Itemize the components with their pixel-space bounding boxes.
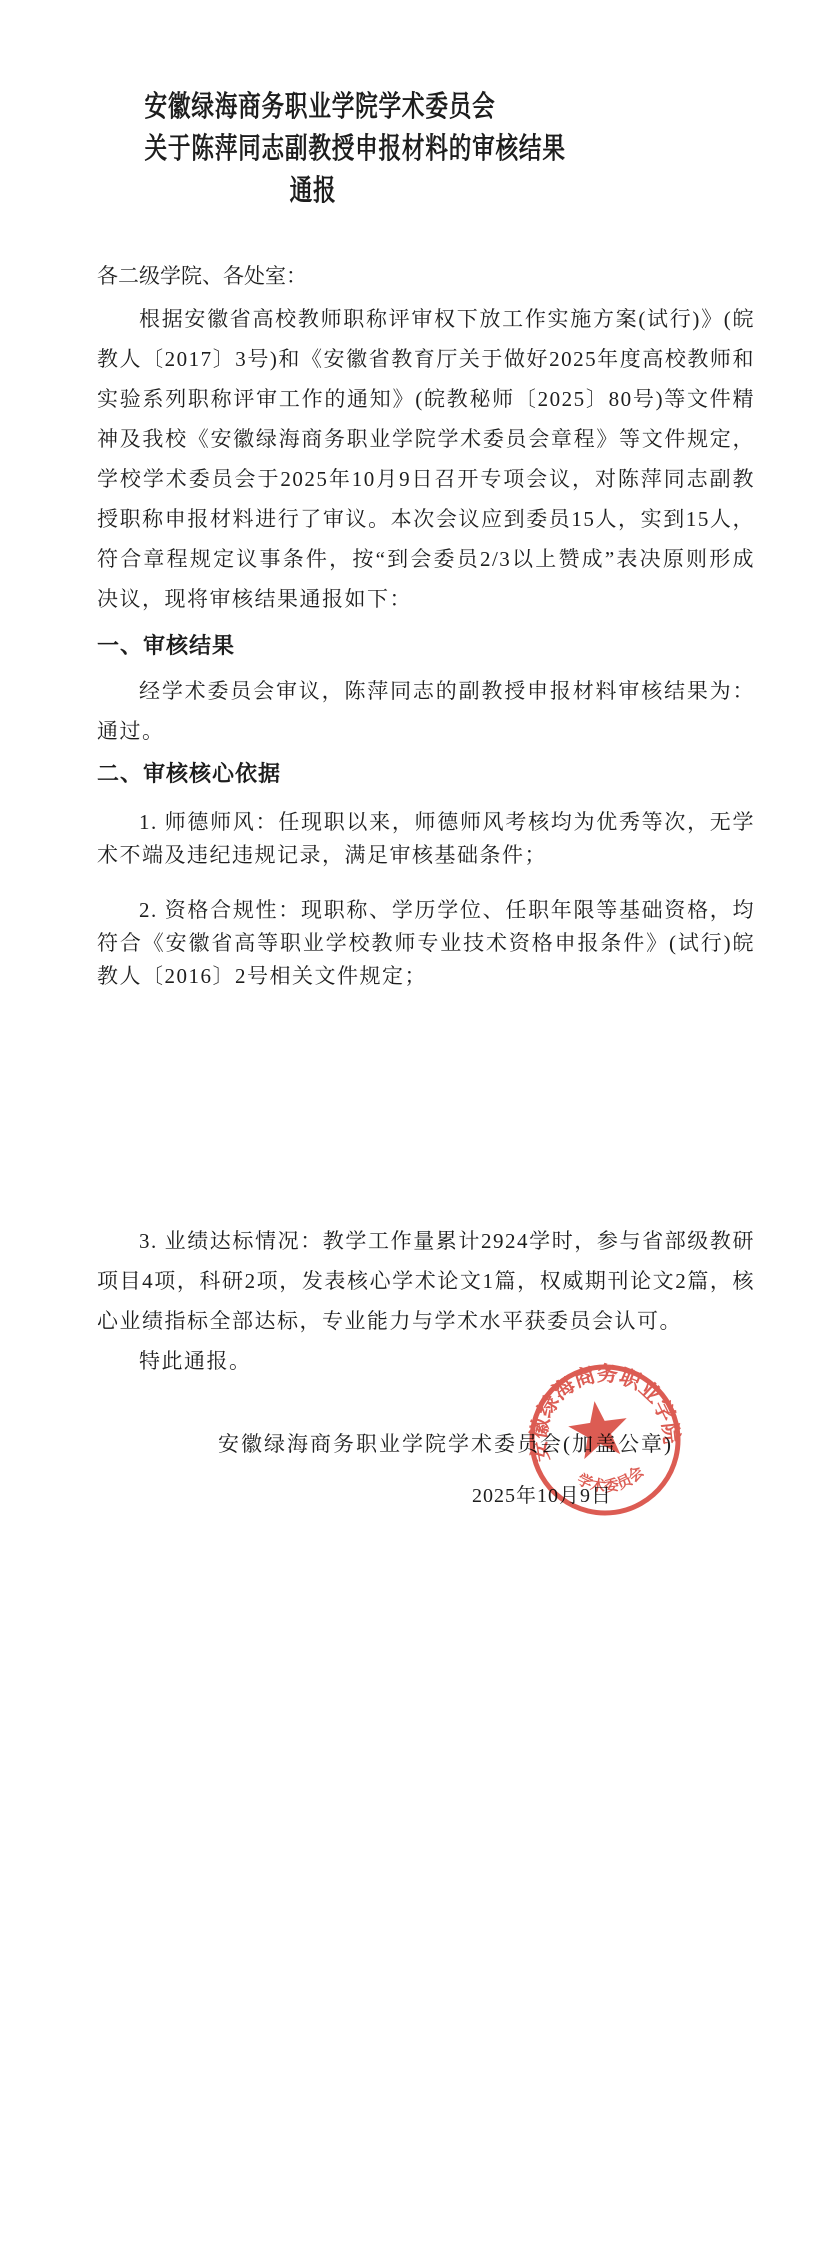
title-line-2: 关于陈萍同志副教授申报材料的审核结果 <box>145 128 482 170</box>
section1-body: 经学术委员会审议，陈萍同志的副教授申报材料审核结果为：通过。 <box>97 671 755 751</box>
salutation: 各二级学院、各处室： <box>97 261 755 291</box>
document-page: 安徽绿海商务职业学院学术委员会 关于陈萍同志副教授申报材料的审核结果 通报 各二… <box>0 0 816 2242</box>
title-line-1: 安徽绿海商务职业学院学术委员会 <box>145 86 482 128</box>
section1-heading: 一、审核结果 <box>97 631 755 661</box>
document-content: 安徽绿海商务职业学院学术委员会 关于陈萍同志副教授申报材料的审核结果 通报 各二… <box>0 86 816 1511</box>
title-line-3: 通报 <box>145 170 482 212</box>
intro-paragraph: 根据安徽省高校教师职称评审权下放工作实施方案(试行)》(皖教人〔2017〕3号)… <box>97 299 755 619</box>
date-line: 2025年10月9日 <box>97 1481 755 1511</box>
section2-heading: 二、审核核心依据 <box>97 759 755 789</box>
closing-line: 特此通报。 <box>97 1341 755 1381</box>
signature-line: 安徽绿海商务职业学院学术委员会(加盖公章) <box>97 1429 755 1459</box>
document-title: 安徽绿海商务职业学院学术委员会 关于陈萍同志副教授申报材料的审核结果 通报 <box>145 86 482 212</box>
basis-item-3: 3. 业绩达标情况：教学工作量累计2924学时，参与省部级教研项目4项，科研2项… <box>97 1221 755 1341</box>
basis-item-1: 1. 师德师风：任现职以来，师德师风考核均为优秀等次，无学术不端及违纪违规记录，… <box>97 806 755 872</box>
basis-item-2: 2. 资格合规性：现职称、学历学位、任职年限等基础资格，均符合《安徽省高等职业学… <box>97 894 755 993</box>
